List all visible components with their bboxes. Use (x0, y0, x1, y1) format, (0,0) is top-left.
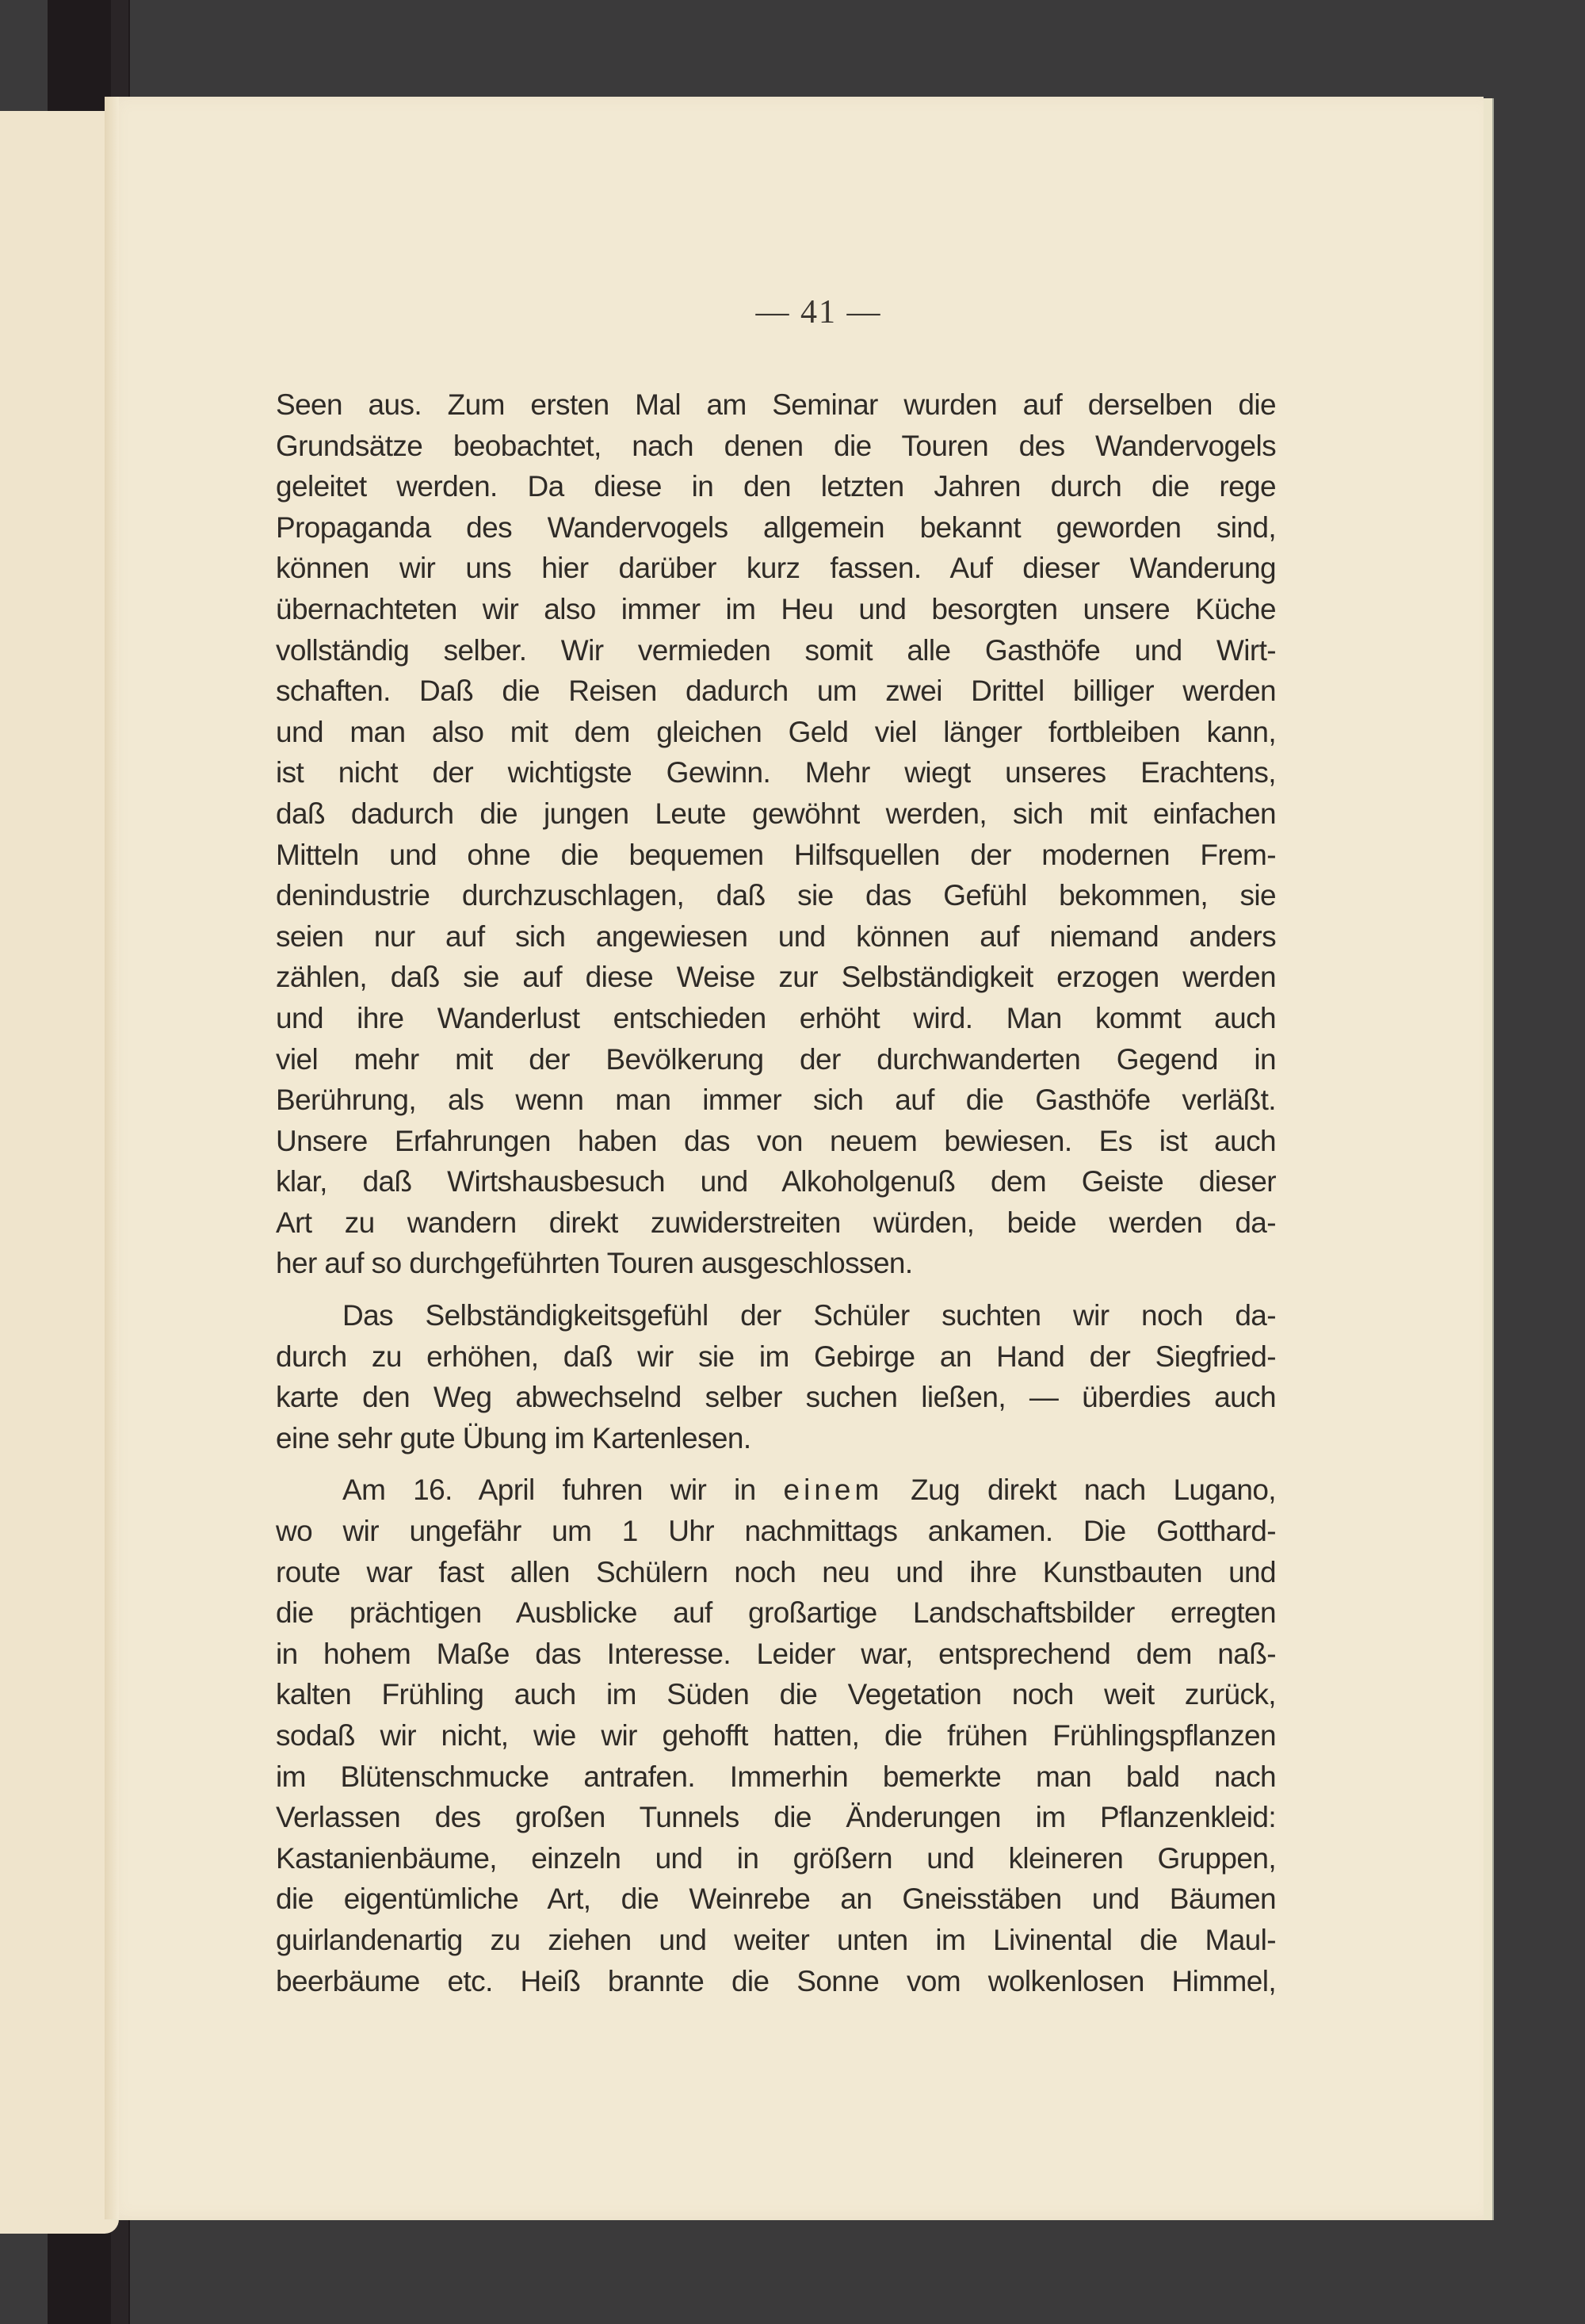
book-page: — 41 — Seen aus. Zum ersten Mal am Semin… (105, 97, 1484, 2219)
text-line: klar, daß Wirtshausbesuch und Alkoholgen… (276, 1161, 1276, 1202)
text-line: und ihre Wanderlust entschieden erhöht w… (276, 998, 1276, 1039)
text-line: Propaganda des Wandervogels allgemein be… (276, 507, 1276, 549)
text-line: beerbäume etc. Heiß brannte die Sonne vo… (276, 1961, 1276, 2002)
text-line: denindustrie durchzuschlagen, daß sie da… (276, 875, 1276, 916)
text-line: Mitteln und ohne die bequemen Hilfsquell… (276, 835, 1276, 876)
gutter-fold (105, 97, 119, 2219)
paragraph-gap (276, 1458, 1276, 1470)
previous-page-edge (0, 111, 119, 2234)
text-line: karte den Weg abwechselnd selber suchen … (276, 1377, 1276, 1418)
text-line: die prächtigen Ausblicke auf großartige … (276, 1592, 1276, 1634)
text-line: ist nicht der wichtigste Gewinn. Mehr wi… (276, 752, 1276, 793)
text-line: im Blütenschmucke antrafen. Immerhin bem… (276, 1756, 1276, 1798)
text-line: die eigentümliche Art, die Weinrebe an G… (276, 1879, 1276, 1920)
text-line: viel mehr mit der Bevölkerung der durchw… (276, 1039, 1276, 1080)
text-line: wo wir ungefähr um 1 Uhr nachmittags ank… (276, 1511, 1276, 1552)
text-line: Seen aus. Zum ersten Mal am Seminar wurd… (276, 384, 1276, 426)
paragraph-3: Am 16. April fuhren wir in einem Zug dir… (276, 1470, 1276, 2001)
text-line: Kastanienbäume, einzeln und in größern u… (276, 1838, 1276, 1879)
text-line: und man also mit dem gleichen Geld viel … (276, 712, 1276, 753)
paragraph-gap (276, 1284, 1276, 1295)
text-line: schaften. Daß die Reisen dadurch um zwei… (276, 671, 1276, 712)
text-line: seien nur auf sich angewiesen und können… (276, 916, 1276, 958)
text-line-with-emphasis: Am 16. April fuhren wir in einem Zug dir… (276, 1470, 1276, 1511)
text-segment: Am 16. April fuhren wir in (342, 1474, 784, 1506)
text-line: guirlandenartig zu ziehen und weiter unt… (276, 1920, 1276, 1961)
text-line: übernachteten wir also immer im Heu und … (276, 589, 1276, 630)
text-line: eine sehr gute Übung im Kartenlesen. (276, 1418, 1276, 1459)
text-line: Das Selbständigkeitsgefühl der Schüler s… (276, 1295, 1276, 1336)
emphasized-word: einem (784, 1474, 884, 1506)
text-line: route war fast allen Schülern noch neu u… (276, 1552, 1276, 1593)
text-line: Grundsätze beobachtet, nach denen die To… (276, 426, 1276, 467)
page-number: — 41 — (105, 293, 1484, 331)
text-line: daß dadurch die jungen Leute gewöhnt wer… (276, 793, 1276, 835)
text-line: geleitet werden. Da diese in den letzten… (276, 466, 1276, 507)
text-segment: Zug direkt nach Lugano, (883, 1474, 1276, 1506)
paragraph-1: Seen aus. Zum ersten Mal am Seminar wurd… (276, 384, 1276, 1284)
text-line: in hohem Maße das Interesse. Leider war,… (276, 1634, 1276, 1675)
text-line: vollständig selber. Wir vermieden somit … (276, 630, 1276, 671)
text-line: Berührung, als wenn man immer sich auf d… (276, 1080, 1276, 1121)
text-line: kalten Frühling auch im Süden die Vegeta… (276, 1674, 1276, 1715)
text-line: her auf so durchgeführten Touren ausgesc… (276, 1243, 1276, 1284)
text-line: Verlassen des großen Tunnels die Änderun… (276, 1797, 1276, 1838)
text-line: durch zu erhöhen, daß wir sie im Gebirge… (276, 1336, 1276, 1378)
body-text: Seen aus. Zum ersten Mal am Seminar wurd… (276, 384, 1276, 2001)
paragraph-2: Das Selbständigkeitsgefühl der Schüler s… (276, 1295, 1276, 1458)
text-line: können wir uns hier darüber kurz fassen.… (276, 548, 1276, 589)
text-line: sodaß wir nicht, wie wir gehofft hatten,… (276, 1715, 1276, 1756)
text-line: Art zu wandern direkt zuwiderstreiten wü… (276, 1202, 1276, 1244)
text-line: Unsere Erfahrungen haben das von neuem b… (276, 1121, 1276, 1162)
text-line: zählen, daß sie auf diese Weise zur Selb… (276, 957, 1276, 998)
